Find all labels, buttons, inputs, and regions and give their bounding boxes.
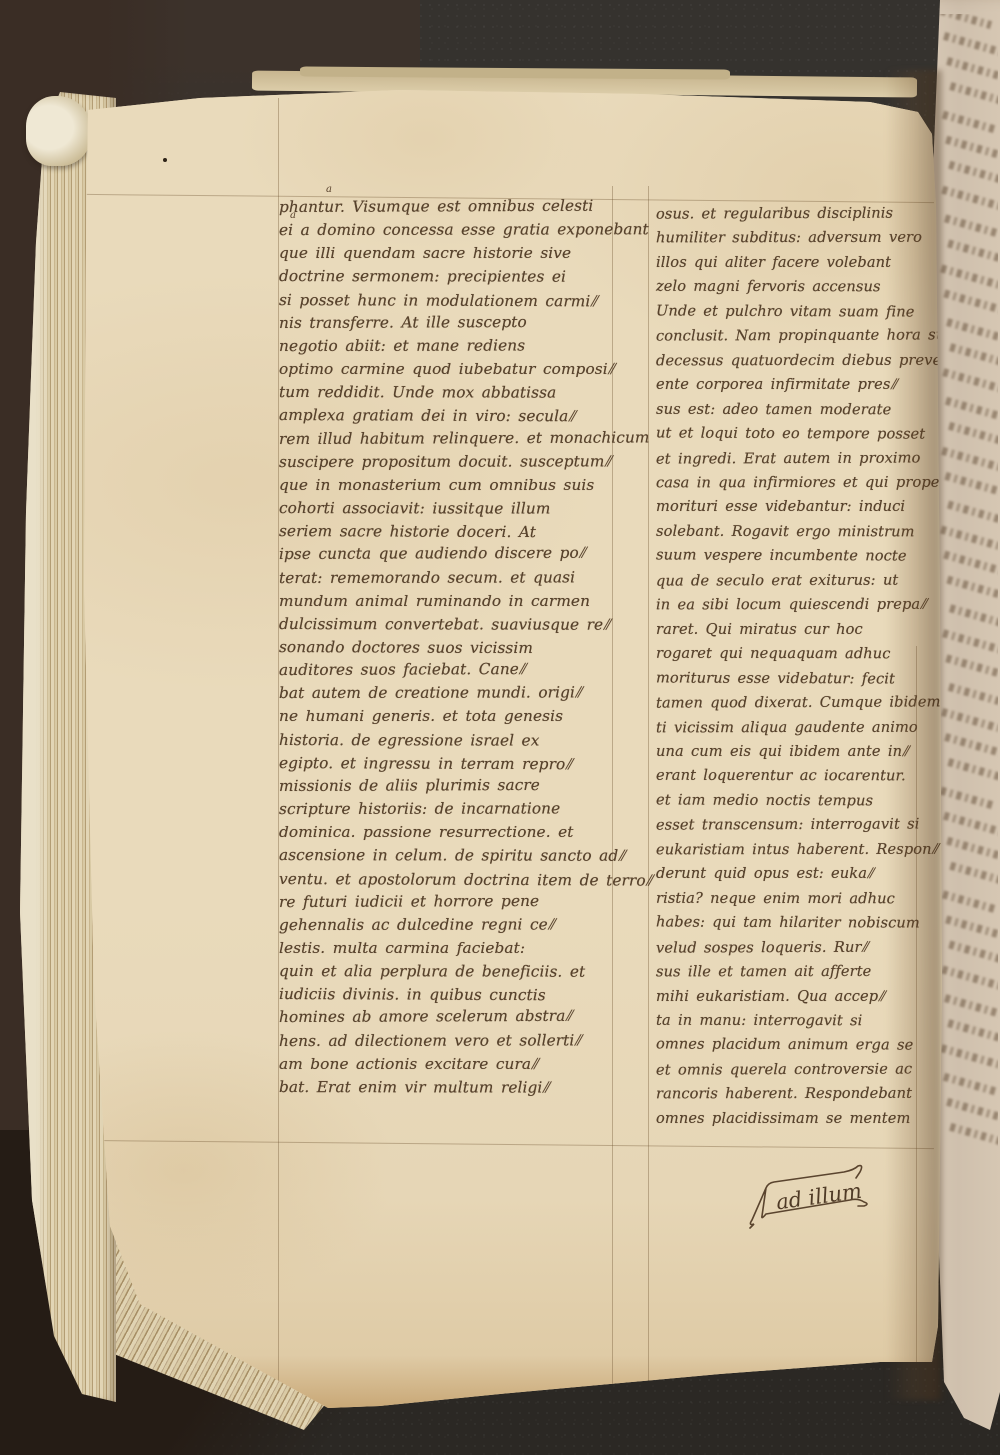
blurred-text-line [942,368,998,396]
blurred-text-line [942,890,998,913]
text-line: doctrine sermonem: precipientes ei [279,265,647,289]
text-line: que illi quendam sacre historie sive [279,242,647,265]
text-line: sus est: adeo tamen moderate [656,397,928,422]
text-line: raret. Qui miratus cur hoc [656,618,928,642]
text-line: ne humani generis. et tota genesis [279,705,647,728]
text-line: esset transcensum: interrogavit si [656,813,928,839]
text-line: re futuri iudicii et horrore pene [279,889,647,914]
blurred-text-line [946,837,998,863]
text-line: bat. Erat enim vir multum religi⫽ [279,1076,647,1100]
blurred-text-line [944,733,998,759]
text-line: historia. de egressione israel ex [279,729,647,753]
text-line: ascensione in celum. de spiritu sancto a… [279,844,647,868]
text-line: optimo carmine quod iubebatur composi⫽ [279,358,647,381]
blurred-text-line [941,186,998,214]
manuscript-photo: a a phantur. Visumque est omnibus celest… [0,0,1000,1455]
blurred-text-line [940,265,998,292]
text-line: cohorti associavit: iussitque illum [279,497,647,521]
blurred-text-line [941,708,998,732]
text-line: osus. et regularibus disciplinis [656,201,928,227]
catchword-scroll-icon: ad illum [746,1164,886,1234]
text-line: amplexa gratiam dei in viro: secula⫽ [279,404,647,429]
text-line: ventu. et apostolorum doctrina item de t… [279,868,647,893]
text-line: velud sospes loqueris. Rur⫽ [656,935,928,961]
text-line: casa in qua infirmiores et qui prope [656,471,928,496]
text-line: humiliter subditus: adversum vero [656,226,928,251]
text-line: illos qui aliter facere volebant [656,251,928,275]
blurred-text-line [944,994,998,1018]
text-line: phantur. Visumque est omnibus celesti [279,194,647,219]
text-line: si posset hunc in modulationem carmi⫽ [279,289,647,314]
text-line: rem illud habitum relinquere. et monachi… [279,426,647,451]
text-line: erant loquerentur ac iocarentur. [656,764,928,789]
catchword-text: ad illum [775,1179,864,1215]
blurred-text-line [943,290,998,319]
text-line: conclusit. Nam propinquante hora sui [656,324,928,350]
blurred-text-line [947,758,998,786]
text-line: derunt quid opus est: euka⫽ [656,862,928,886]
text-line: moriturus esse videbatur: fecit [656,666,928,692]
blurred-text-line [946,576,998,605]
text-line: negotio abiit: et mane rediens [279,334,647,358]
text-line: ente corporea infirmitate pres⫽ [656,373,928,397]
text-line: hens. ad dilectionem vero et sollerti⫽ [279,1029,647,1053]
blurred-text-line [940,787,994,810]
text-line: bat autem de creatione mundi. origi⫽ [279,682,647,706]
blurred-text-line [944,214,998,237]
blurred-text-line [948,683,998,705]
blurred-text-line [946,318,998,342]
text-line: que in monasterium cum omnibus suis [279,474,647,497]
right-text-column: osus. et regularibus disciplinishumilite… [656,202,928,1131]
text-line: auditores suos faciebat. Cane⫽ [279,658,647,683]
text-line: suum vespere incumbente nocte [656,544,928,570]
ruling-line-intercolumn-b [648,186,649,1394]
text-line: zelo magni fervoris accensus [656,275,928,300]
blurred-text-line [947,1019,998,1045]
curled-leaf-corner [26,96,92,166]
text-line: ta in manu: interrogavit si [656,1009,928,1034]
text-line: quin et alia perplura de beneficiis. et [279,960,647,984]
blurred-text-line [940,526,998,551]
text-line: ut et loqui toto eo tempore posset [656,422,928,448]
blurred-text-line [945,397,998,419]
text-line: omnes placidissimam se mentem [656,1107,928,1131]
blurred-text-line [945,915,998,940]
blurred-text-line [943,551,998,578]
text-line: ti vicissim aliqua gaudente animo [656,715,928,740]
ink-spot [163,158,167,162]
text-line: ipse cuncta que audiendo discere po⫽ [279,542,647,567]
text-line: solebant. Rogavit ergo ministrum [656,520,928,545]
blurred-text-line [943,1073,996,1095]
text-line: et omnis querela controversie ac [656,1057,928,1083]
text-line: decessus quatuordecim diebus preveni⫽ [656,348,928,373]
blurred-text-line [943,812,998,837]
blurred-text-line [945,136,998,161]
ruling-line-bottom [84,1140,934,1149]
blurred-text-line [948,941,998,968]
text-line: gehennalis ac dulcedine regni ce⫽ [279,913,647,937]
text-line: nis transferre. At ille suscepto [279,310,647,335]
blurred-text-line [942,629,998,654]
text-line: dominica. passione resurrectione. et [279,821,647,844]
blurred-text-line [940,1044,998,1072]
text-line: lestis. multa carmina faciebat: [279,937,647,960]
text-line: Unde et pulchro vitam suam fine [656,299,928,325]
text-line: terat: rememorando secum. et quasi [279,566,647,590]
text-line: mundum animal ruminando in carmen [279,590,647,613]
blurred-text-line [949,1123,998,1149]
blurred-text-line [941,966,998,995]
text-line: homines ab amore scelerum abstra⫽ [279,1005,647,1030]
left-text-column: phantur. Visumque est omnibus celestiei … [279,196,647,1099]
text-line: mihi eukaristiam. Qua accep⫽ [656,985,928,1009]
blurred-text-line [945,654,998,681]
text-line: missionis de aliis plurimis sacre [279,773,647,798]
blurred-text-line [949,343,998,369]
blurred-text-line [949,82,998,110]
blurred-text-line [948,161,998,187]
text-line: in ea sibi locum quiescendi prepa⫽ [656,593,928,618]
blurred-text-line [942,111,996,134]
text-line: morituri esse videbantur: induci [656,495,928,519]
text-line: eukaristiam intus haberent. Respon⫽ [656,837,928,862]
text-line: dulcissimum convertebat. suaviusque re⫽ [279,613,647,637]
blurred-text-line [946,57,998,83]
interlinear-mark: a [326,184,332,195]
text-line: tum reddidit. Unde mox abbatissa [279,381,647,405]
blurred-text-line [947,501,998,524]
text-line: suscipere propositum docuit. susceptum⫽ [279,450,647,474]
blurred-text-line [946,1098,998,1122]
text-line: scripture historiis: de incarnatione [279,797,647,821]
blurred-text-line [943,32,998,56]
text-line: qua de seculo erat exiturus: ut [656,568,928,594]
blurred-text-line [949,862,998,890]
text-line: habes: qui tam hilariter nobiscum [656,911,928,937]
text-line: una cum eis qui ibidem ante in⫽ [656,740,928,764]
catchword-banner: ad illum [746,1164,886,1234]
text-line: rogaret qui nequaquam adhuc [656,642,928,667]
text-line: omnes placidum animum erga se [656,1033,928,1059]
verso-page: a a phantur. Visumque est omnibus celest… [80,86,942,1408]
text-line: sus ille et tamen ait afferte [656,960,928,985]
text-line: ei a domino concessa esse gratia exponeb… [279,218,647,242]
blurred-text-line [948,422,998,446]
text-line: et iam medio noctis tempus [656,788,928,814]
text-line: rancoris haberent. Respondebant [656,1082,928,1107]
blurred-text-line [940,14,992,29]
text-line: tamen quod dixerat. Cumque ibidem posi⫽ [656,690,928,716]
blurred-text-line [941,447,998,473]
blurred-text-line [944,472,998,500]
text-line: et ingredi. Erat autem in proximo [656,446,928,472]
text-line: am bone actionis excitare cura⫽ [279,1053,647,1076]
blurred-text-line [949,604,998,627]
text-line: ristia? neque enim mori adhuc [656,886,928,911]
blurred-text-line [947,239,998,264]
